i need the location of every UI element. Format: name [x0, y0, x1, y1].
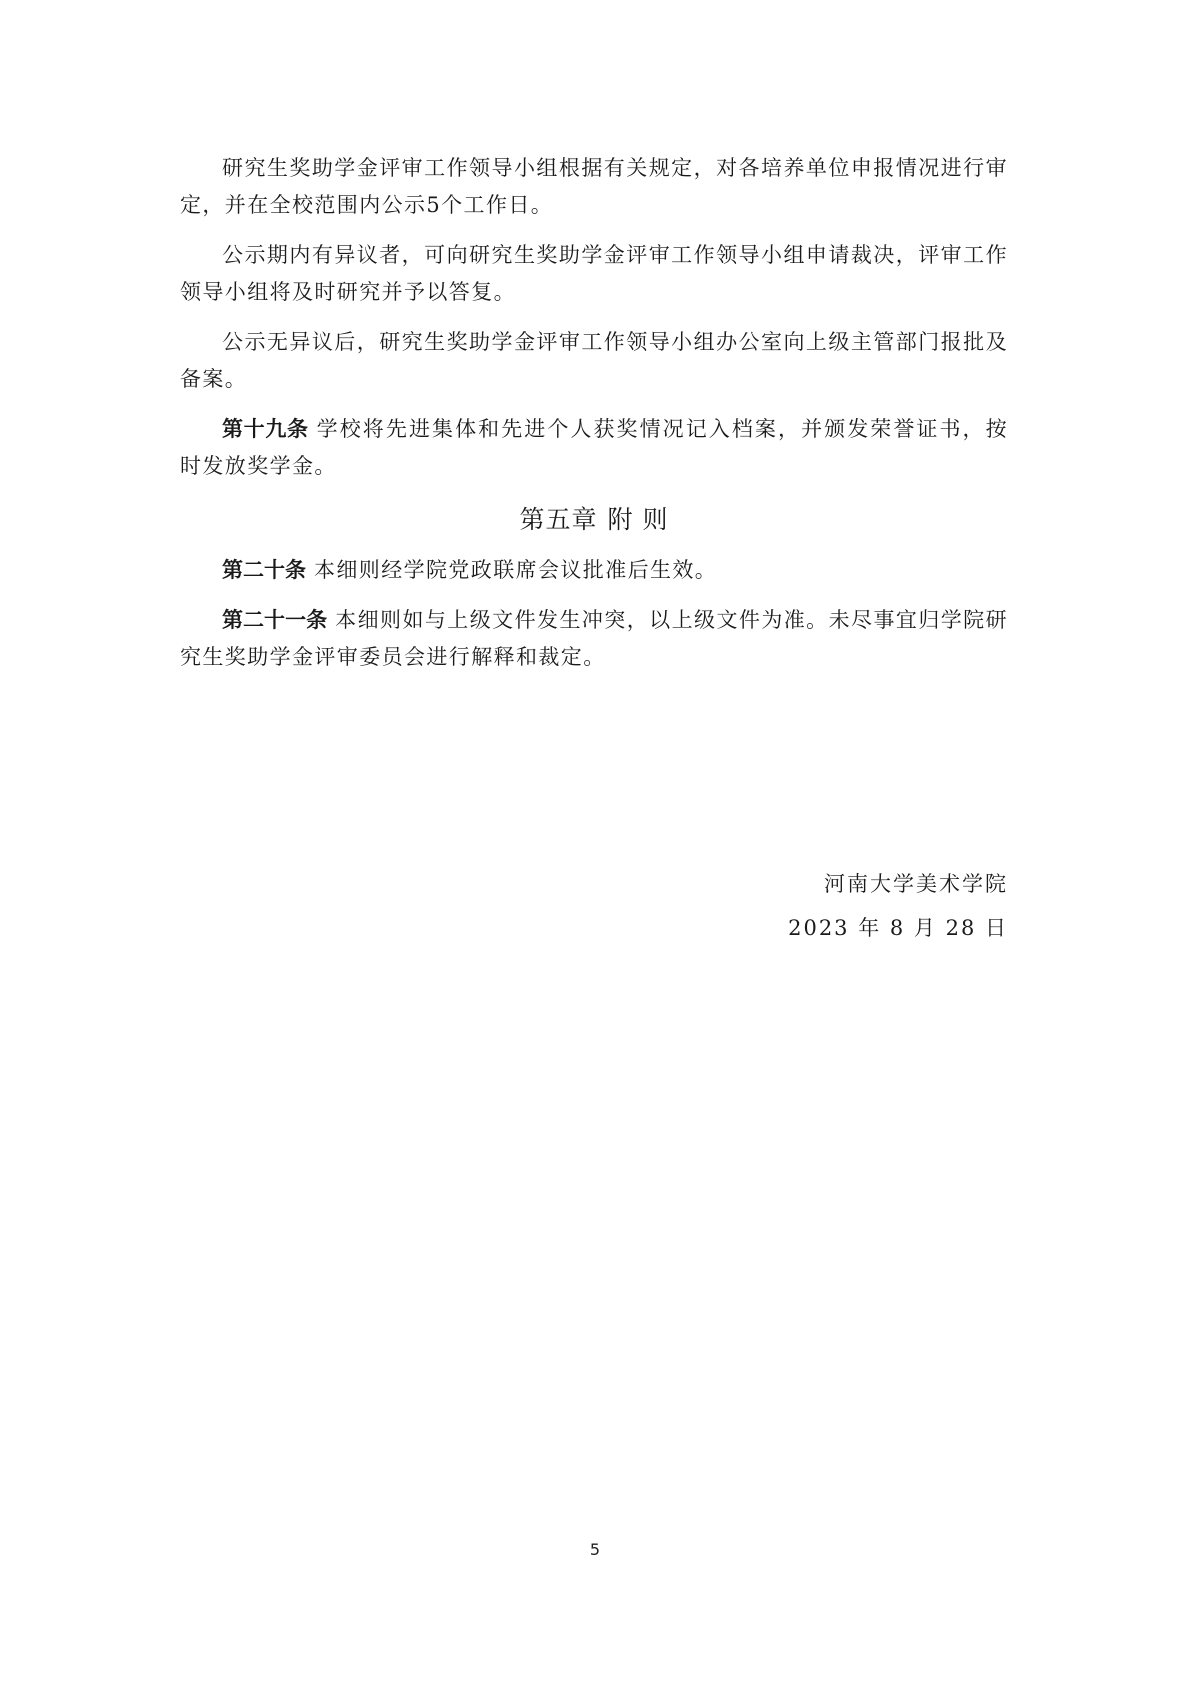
- paragraph-filing: 公示无异议后，研究生奖助学金评审工作领导小组办公室向上级主管部门报批及备案。: [180, 324, 1008, 398]
- article-21: 第二十一条本细则如与上级文件发生冲突，以上级文件为准。未尽事宜归学院研究生奖助学…: [180, 602, 1008, 676]
- article-label: 第二十条: [222, 558, 306, 582]
- chapter-number: 第五章: [520, 505, 598, 534]
- signature-date: 2023 年 8 月 28 日: [788, 906, 1008, 950]
- article-19: 第十九条学校将先进集体和先进个人获奖情况记入档案，并颁发荣誉证书，按时发放奖学金…: [180, 411, 1008, 485]
- article-label: 第十九条: [222, 417, 309, 441]
- chapter-title: 附 则: [608, 505, 669, 534]
- paragraph-text: 公示期内有异议者，可向研究生奖助学金评审工作领导小组申请裁决，评审工作领导小组将…: [180, 243, 1008, 304]
- paragraph-text: 公示无异议后，研究生奖助学金评审工作领导小组办公室向上级主管部门报批及备案。: [180, 330, 1008, 391]
- article-label: 第二十一条: [222, 608, 327, 632]
- page-number: 5: [0, 1540, 1190, 1559]
- article-text: 本细则经学院党政联席会议批准后生效。: [314, 558, 717, 582]
- signature-block: 河南大学美术学院 2023 年 8 月 28 日: [788, 862, 1008, 950]
- paragraph-text: 研究生奖助学金评审工作领导小组根据有关规定，对各培养单位申报情况进行审定，并在全…: [180, 156, 1008, 217]
- chapter-heading: 第五章附 则: [180, 498, 1008, 542]
- article-20: 第二十条本细则经学院党政联席会议批准后生效。: [180, 552, 1008, 589]
- signature-organization: 河南大学美术学院: [788, 862, 1008, 906]
- paragraph-objection-handling: 公示期内有异议者，可向研究生奖助学金评审工作领导小组申请裁决，评审工作领导小组将…: [180, 237, 1008, 311]
- document-body: 研究生奖助学金评审工作领导小组根据有关规定，对各培养单位申报情况进行审定，并在全…: [180, 150, 1008, 689]
- paragraph-review-approval: 研究生奖助学金评审工作领导小组根据有关规定，对各培养单位申报情况进行审定，并在全…: [180, 150, 1008, 224]
